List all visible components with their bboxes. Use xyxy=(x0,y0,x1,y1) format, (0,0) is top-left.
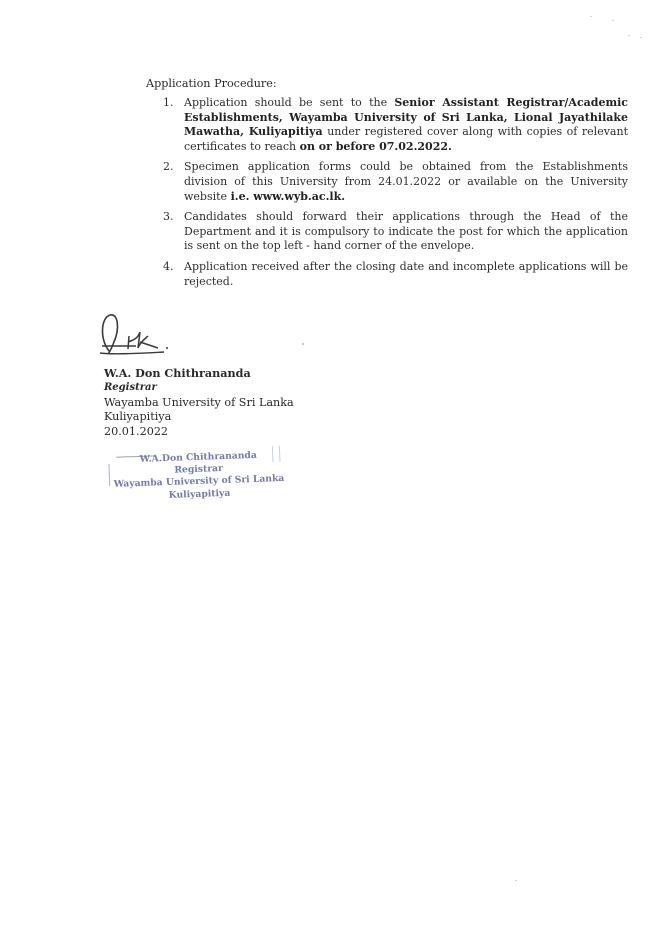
signer-organization: Wayamba University of Sri Lanka xyxy=(104,396,294,411)
item-number: 3. xyxy=(163,210,174,225)
scan-speck xyxy=(640,37,642,38)
signer-block: W.A. Don Chithrananda Registrar Wayamba … xyxy=(104,366,294,440)
item-number: 1. xyxy=(163,96,174,111)
procedure-item: 2.Specimen application forms could be ob… xyxy=(146,160,628,204)
procedure-item: 4.Application received after the closing… xyxy=(146,260,628,289)
item-number: 2. xyxy=(163,160,174,175)
item-text: Application received after the closing d… xyxy=(184,260,628,288)
procedure-item: 3.Candidates should forward their applic… xyxy=(146,210,628,254)
bold-text: on or before 07.02.2022. xyxy=(300,140,452,153)
bold-text: i.e. www.wyb.ac.lk. xyxy=(231,190,345,203)
scanned-document-page: Application Procedure: 1.Application sho… xyxy=(0,0,668,947)
signer-location: Kuliyapitiya xyxy=(104,410,294,425)
scan-speck xyxy=(612,20,614,21)
signature-icon xyxy=(96,312,176,358)
signer-name: W.A. Don Chithrananda xyxy=(104,366,294,381)
official-stamp: W.A.Don Chithrananda Registrar Wayamba U… xyxy=(108,446,290,512)
section-heading: Application Procedure: xyxy=(146,77,277,90)
item-text: Application should be sent to the xyxy=(184,96,394,109)
signer-date: 20.01.2022 xyxy=(104,425,294,440)
scan-speck xyxy=(302,343,304,345)
item-number: 4. xyxy=(163,260,174,275)
scan-speck xyxy=(590,16,592,17)
procedure-item: 1.Application should be sent to the Seni… xyxy=(146,96,628,154)
signer-title: Registrar xyxy=(104,381,294,396)
item-text: Candidates should forward their applicat… xyxy=(184,210,628,252)
scan-speck xyxy=(515,880,517,881)
scan-speck xyxy=(628,35,630,36)
procedure-list: 1.Application should be sent to the Seni… xyxy=(146,96,628,295)
stamp-text: W.A.Don Chithrananda Registrar Wayamba U… xyxy=(108,449,290,504)
